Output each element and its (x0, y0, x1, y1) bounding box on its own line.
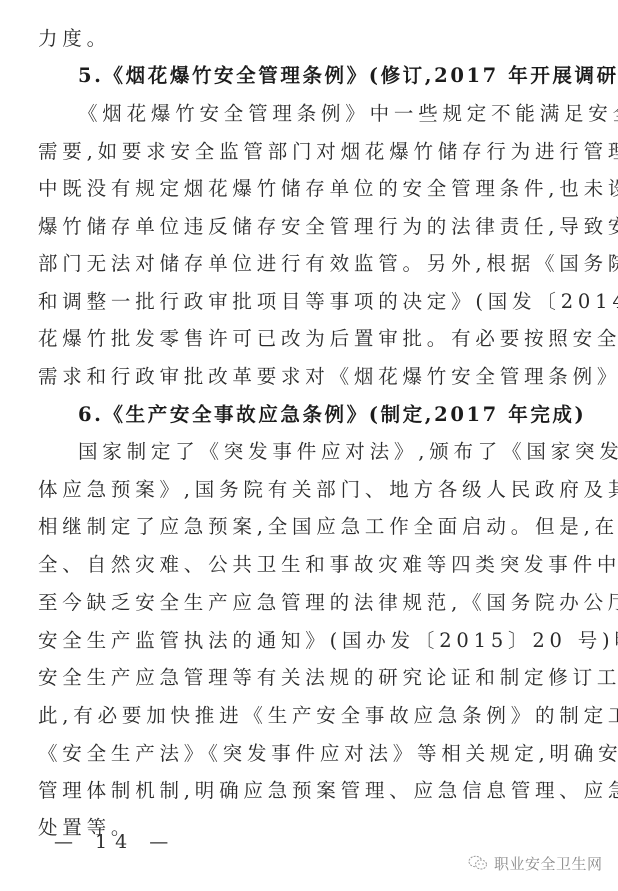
section-heading-5: 5.《烟花爆竹安全管理条例》(修订,2017 年开展调研) (78, 61, 618, 91)
body-line: 需求和行政审批改革要求对《烟花爆竹安全管理条例》进行修订。 (38, 362, 584, 392)
document-page: 力度。 5.《烟花爆竹安全管理条例》(修订,2017 年开展调研) 《烟花爆竹安… (0, 0, 618, 891)
body-line: 此,有必要加快推进《生产安全事故应急条例》的制定工作。根据 (38, 701, 584, 731)
body-line: 管理体制机制,明确应急预案管理、应急信息管理、应急保障、应急 (38, 776, 584, 806)
body-line: 部门无法对储存单位进行有效监管。另外,根据《国务院关于取消 (38, 249, 584, 279)
body-line: 《安全生产法》《突发事件应对法》等相关规定,明确安全生产应急 (38, 739, 584, 769)
body-line: 全、自然灾难、公共卫生和事故灾难等四类突发事件中,事故灾难 (38, 550, 584, 580)
body-line: 中既没有规定烟花爆竹储存单位的安全管理条件,也未设定烟花 (38, 174, 584, 204)
body-line: 相继制定了应急预案,全国应急工作全面启动。但是,在社会安 (38, 512, 584, 542)
body-line: 和调整一批行政审批项目等事项的决定》(国发〔2014〕50 号),烟 (38, 287, 584, 317)
body-line: 需要,如要求安全监管部门对烟花爆竹储存行为进行管理,但条例 (38, 137, 584, 167)
watermark: 职业安全卫生网 (468, 851, 603, 875)
wechat-icon (468, 855, 488, 871)
section-heading-6: 6.《生产安全事故应急条例》(制定,2017 年完成) (78, 400, 618, 430)
body-line: 力度。 (38, 24, 584, 54)
paragraph-first-line: 国家制定了《突发事件应对法》,颁布了《国家突发公共事件总 (78, 437, 584, 467)
body-line: 至今缺乏安全生产应急管理的法律规范,《国务院办公厅关于加强 (38, 588, 584, 618)
paragraph-first-line: 《烟花爆竹安全管理条例》中一些规定不能满足安全生产监管 (78, 99, 584, 129)
page-number: — 14 — (54, 829, 176, 855)
body-line: 安全生产监管执法的通知》(国办发〔2015〕20 号)明确提出要加快 (38, 626, 584, 656)
body-line: 体应急预案》,国务院有关部门、地方各级人民政府及其关部门都 (38, 475, 584, 505)
watermark-text: 职业安全卫生网 (494, 853, 603, 874)
body-line: 安全生产应急管理等有关法规的研究论证和制定修订工作。因 (38, 663, 584, 693)
body-line: 爆竹储存单位违反储存安全管理行为的法律责任,导致安全监管 (38, 212, 584, 242)
body-line: 花爆竹批发零售许可已改为后置审批。有必要按照安全生产监管 (38, 324, 584, 354)
